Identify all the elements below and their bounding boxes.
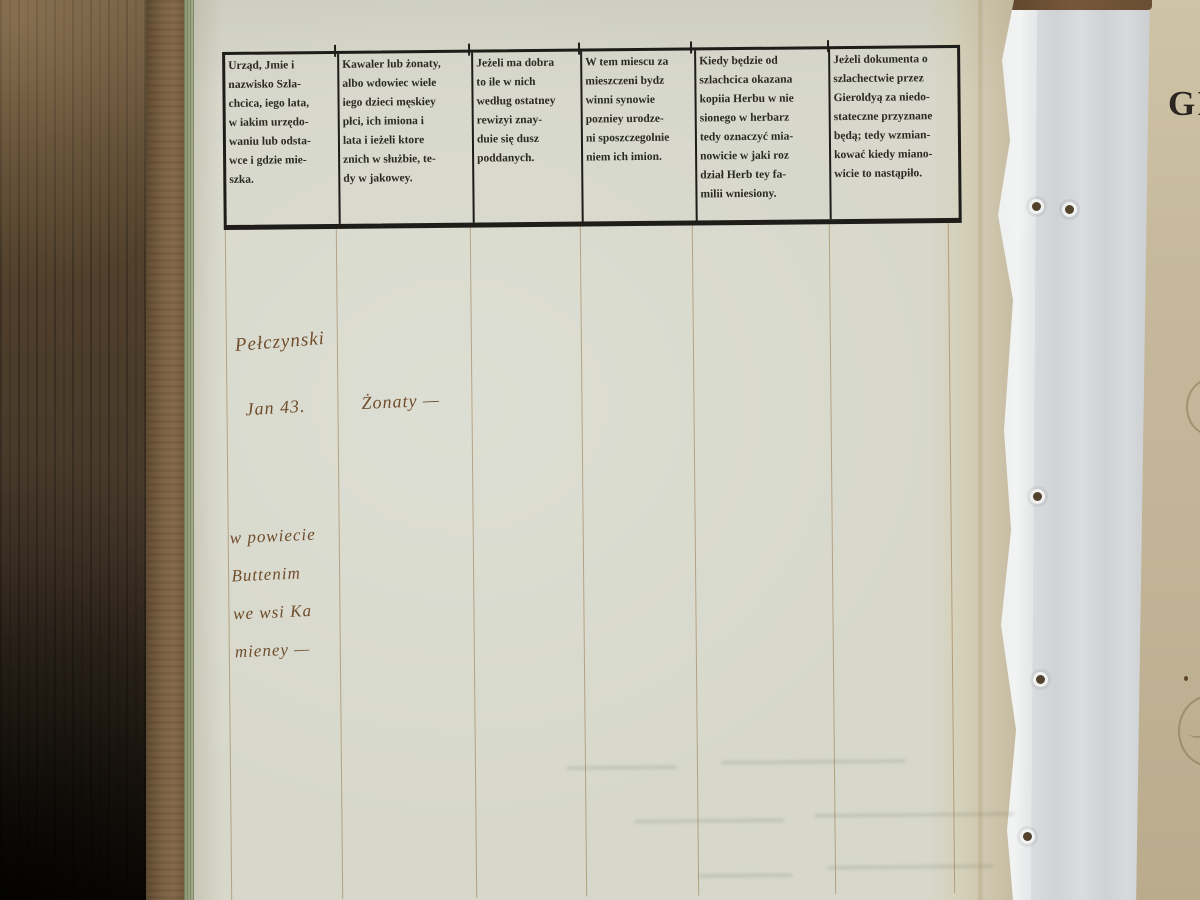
punch-hole [1065,205,1074,214]
adjacent-page-heading-fragment: GI [1168,84,1200,124]
ink-bleedthrough [721,759,906,764]
handwritten-marital-status: Żonaty — [361,390,440,414]
punch-hole [1032,202,1041,211]
handwritten-name-age: Jan 43. [245,396,306,421]
ink-speck [1184,676,1188,681]
punch-hole [1023,832,1032,841]
ink-bleedthrough [567,766,677,770]
ink-bleedthrough [698,874,793,878]
header-cell-coat-of-arms: Kiedy będzie od szlachcica okazana kopii… [694,49,830,220]
table-header-row: Urząd, Jmie i nazwisko Szla- chcica, ieg… [222,45,962,230]
header-cell-marital-children: Kawaler lub żonaty, albo wdowiec wiele i… [337,53,473,224]
divider-tick [334,45,336,57]
ink-bleedthrough [828,865,993,870]
handwritten-surname: Pełczynski [234,328,326,357]
header-cell-documents: Jeżeli dokumenta o szlachectwie przez Gi… [828,48,959,219]
column-rule [580,227,587,897]
ink-stamp-partial [1178,695,1200,767]
divider-tick [468,44,470,56]
divider-tick [578,43,580,55]
divider-tick [690,41,692,53]
divider-tick [827,40,829,52]
header-cell-office-name: Urząd, Jmie i nazwisko Szla- chcica, ieg… [225,54,339,225]
column-rule [829,224,836,894]
header-cell-later-sons: W tem miescu za mieszczeni bydz winni sy… [580,50,696,221]
column-rule [336,229,343,899]
column-rule [470,228,477,898]
handwritten-residence: w powiecie Buttenim we wsi Ka mieney — [229,516,322,672]
punch-hole [1036,675,1045,684]
column-rule [692,225,699,895]
header-cell-estates-souls: Jeżeli ma dobra to ile w nich według ost… [471,52,582,223]
column-rule [948,223,955,893]
punch-hole [1033,492,1042,501]
ink-stamp-partial [1186,378,1200,436]
binding-gap [1004,0,1152,10]
ink-bleedthrough [634,819,784,823]
archival-register-photo: GI Urząd, Jmie i nazwisko Szla- chcica, … [0,0,1200,900]
register-table: Urząd, Jmie i nazwisko Szla- chcica, ieg… [222,37,972,900]
